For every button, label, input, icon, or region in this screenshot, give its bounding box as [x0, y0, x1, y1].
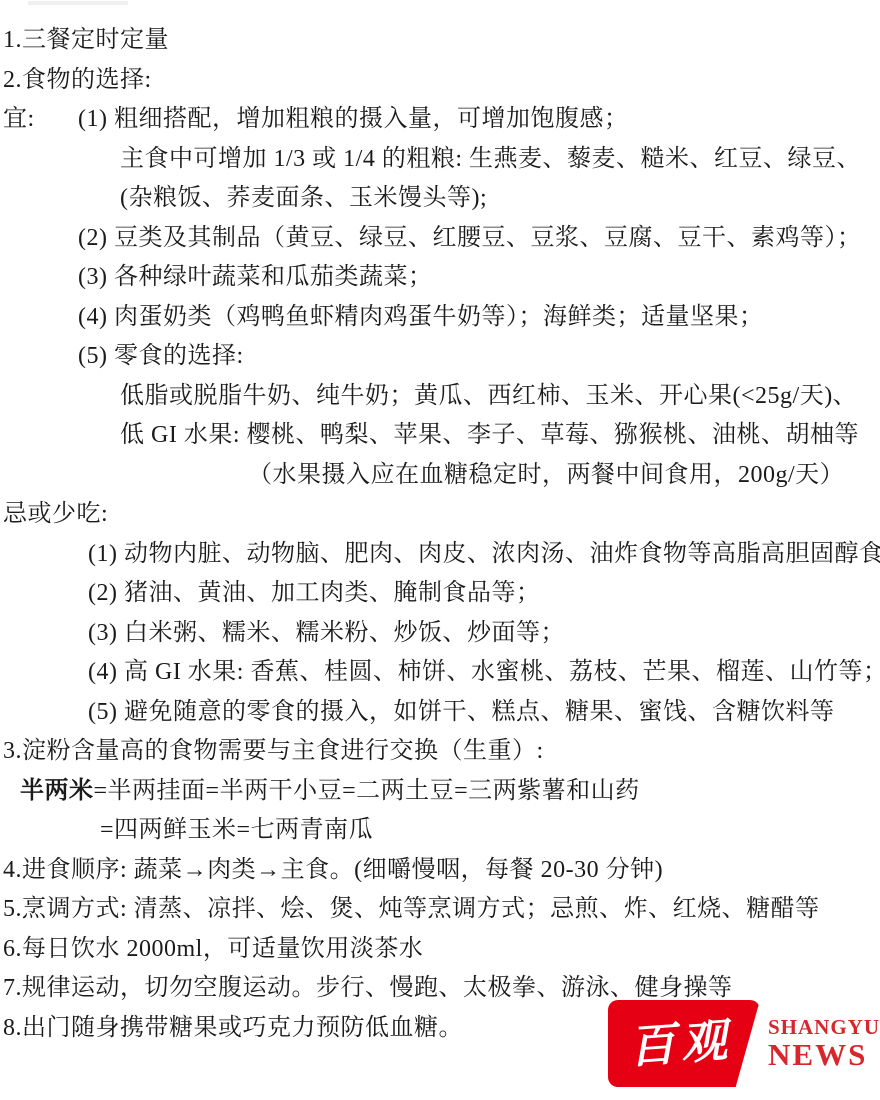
text-line: 4.进食顺序: 蔬菜→肉类→主食。(细嚼慢咽，每餐 20-30 分钟) — [0, 851, 880, 891]
text-line-content: (1) 粗细搭配，增加粗粮的摄入量，可增加饱腹感； — [78, 106, 628, 132]
text-line: 5.烹调方式: 清蒸、凉拌、烩、煲、炖等烹调方式；忌煎、炸、红烧、糖醋等 — [0, 890, 880, 930]
text-line: （水果摄入应在血糖稳定时，两餐中间食用，200g/天） — [0, 456, 880, 496]
text-line: (2) 猪油、黄油、加工肉类、腌制食品等； — [0, 574, 880, 614]
text-line: (5) 避免随意的零食的摄入，如饼干、糕点、糖果、蜜饯、含糖饮料等 — [0, 693, 880, 733]
text-line: (1) 动物内脏、动物脑、肥肉、肉皮、浓肉汤、油炸食物等高脂高胆固醇食物； — [0, 535, 880, 575]
logo-shangyu-label: SHANGYU — [768, 1016, 880, 1039]
logo-red-badge: 百观 — [608, 1000, 760, 1087]
cropped-text-artifact — [28, 1, 128, 5]
text-line: (4) 肉蛋奶类（鸡鸭鱼虾精肉鸡蛋牛奶等）；海鲜类；适量坚果； — [0, 298, 880, 338]
diet-advice-document: 1.三餐定时定量 2.食物的选择: 宜: (1) 粗细搭配，增加粗粮的摄入量，可… — [0, 0, 880, 1048]
text-line: (4) 高 GI 水果: 香蕉、桂圆、柿饼、水蜜桃、荔枝、芒果、榴莲、山竹等； — [0, 653, 880, 693]
text-line: (2) 豆类及其制品（黄豆、绿豆、红腰豆、豆浆、豆腐、豆干、素鸡等）； — [0, 219, 880, 259]
text-line: (杂粮饭、荞麦面条、玉米馒头等); — [0, 179, 880, 219]
text-line: 半两米=半两挂面=半两干小豆=二两土豆=三两紫薯和山药 — [0, 772, 880, 812]
text-line: (5) 零食的选择: — [0, 337, 880, 377]
logo-news-label: NEWS — [768, 1039, 880, 1072]
text-line: 低 GI 水果: 樱桃、鸭梨、苹果、李子、草莓、猕猴桃、油桃、胡柚等 — [0, 416, 880, 456]
text-line: 2.食物的选择: — [0, 61, 880, 101]
text-line: 1.三餐定时定量 — [0, 21, 880, 61]
logo-cn-text: 百观 — [627, 1003, 742, 1084]
text-line: 主食中可增加 1/3 或 1/4 的粗粮: 生燕麦、藜麦、糙米、红豆、绿豆、 — [0, 140, 880, 180]
text-line: (3) 白米粥、糯米、糯米粉、炒饭、炒面等； — [0, 614, 880, 654]
text-line: 宜: (1) 粗细搭配，增加粗粮的摄入量，可增加饱腹感； — [0, 100, 880, 140]
section-label-ji: 忌或少吃: — [0, 495, 880, 535]
text-line: 3.淀粉含量高的食物需要与主食进行交换（生重）: — [0, 732, 880, 772]
text-line: 6.每日饮水 2000ml，可适量饮用淡茶水 — [0, 930, 880, 970]
text-line: =四两鲜玉米=七两青南瓜 — [0, 811, 880, 851]
section-label-yi: 宜: — [3, 100, 35, 140]
shangyu-news-logo: 百观 SHANGYU NEWS — [608, 1000, 880, 1087]
text-line: (3) 各种绿叶蔬菜和瓜茄类蔬菜； — [0, 258, 880, 298]
logo-en-text: SHANGYU NEWS — [760, 1000, 880, 1087]
text-line-content: =半两挂面=半两干小豆=二两土豆=三两紫薯和山药 — [94, 778, 640, 804]
text-line: 低脂或脱脂牛奶、纯牛奶；黄瓜、西红柿、玉米、开心果(<25g/天)、 — [0, 377, 880, 417]
bold-term: 半两米 — [20, 778, 94, 804]
